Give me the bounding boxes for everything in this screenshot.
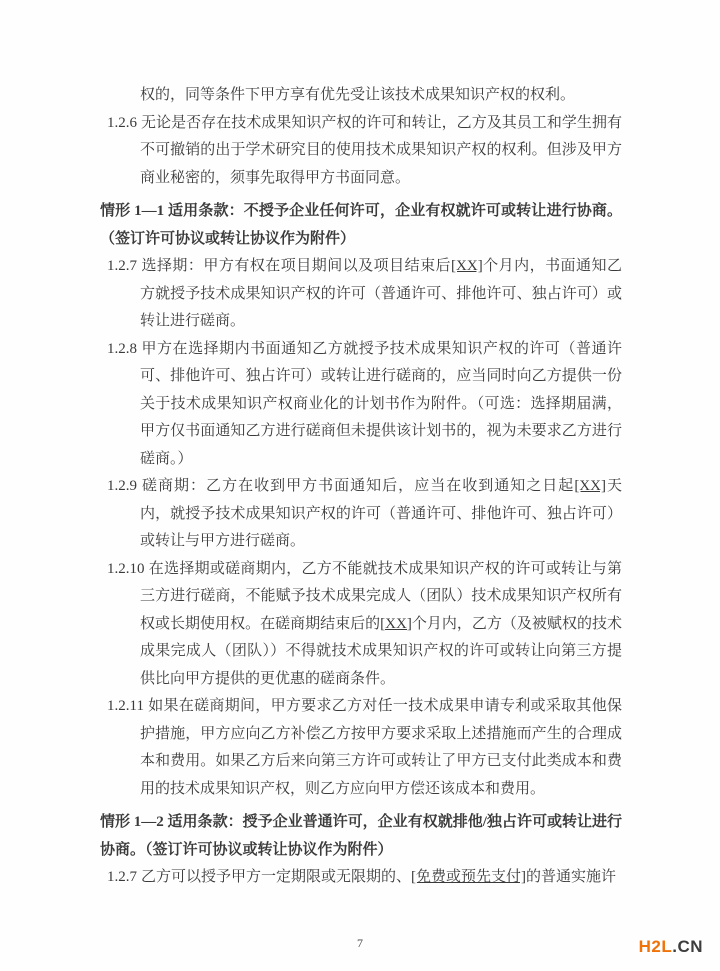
- clause-text: 情形 1—2 适用条款：授予企业普通许可，企业有权就排他/独占许可或转让进行协商…: [100, 814, 622, 858]
- clause-paragraph: 1.2.9磋商期：乙方在收到甲方书面通知后，应当在收到通知之日起[XX]天内，就…: [100, 473, 622, 556]
- clause-paragraph: 1.2.7选择期：甲方有权在项目期间以及项目结束后[XX]个月内，书面通知乙方就…: [100, 253, 622, 336]
- clause-number: 1.2.7: [107, 864, 137, 892]
- clause-number: 1.2.7: [107, 253, 137, 281]
- document-page: 权的，同等条件下甲方享有优先受让该技术成果知识产权的权利。1.2.6无论是否存在…: [0, 0, 720, 971]
- clause-number: 1.2.6: [107, 110, 137, 138]
- fill-in-blank: [XX]: [380, 616, 412, 632]
- document-body: 权的，同等条件下甲方享有优先受让该技术成果知识产权的权利。1.2.6无论是否存在…: [100, 82, 622, 892]
- clause-paragraph: 1.2.10在选择期或磋商期内，乙方不能就技术成果知识产权的许可或转让与第三方进…: [100, 556, 622, 694]
- clause-text: 甲方在选择期内书面通知乙方就授予技术成果知识产权的许可（普通许可、排他许可、独占…: [140, 341, 622, 467]
- clause-text: 选择期：甲方有权在项目期间以及项目结束后: [141, 258, 451, 274]
- clause-text: 情形 1—1 适用条款：不授予企业任何许可，企业有权就许可或转让进行协商。（签订…: [100, 203, 622, 247]
- clause-number: 1.2.10: [107, 556, 145, 584]
- clause-text: 乙方可以授予甲方一定期限或无限期的、: [141, 869, 411, 885]
- clause-paragraph: 1.2.8甲方在选择期内书面通知乙方就授予技术成果知识产权的许可（普通许可、排他…: [100, 336, 622, 474]
- clause-paragraph: 1.2.11如果在磋商期间，甲方要求乙方对任一技术成果申请专利或采取其他保护措施…: [100, 693, 622, 803]
- logo-secondary-text: .CN: [672, 937, 703, 956]
- section-heading: 情形 1—1 适用条款：不授予企业任何许可，企业有权就许可或转让进行协商。（签订…: [100, 198, 622, 253]
- logo-primary-text: H2L: [639, 937, 673, 956]
- clause-number: 1.2.11: [107, 693, 144, 721]
- clause-text: 权的，同等条件下甲方享有优先受让该技术成果知识产权的权利。: [140, 87, 575, 103]
- watermark-logo: H2L.CN: [639, 938, 703, 955]
- fill-in-blank: [XX]: [574, 478, 606, 494]
- clause-text: 无论是否存在技术成果知识产权的许可和转让，乙方及其员工和学生拥有不可撤销的出于学…: [140, 115, 622, 186]
- clause-number: 1.2.8: [107, 336, 137, 364]
- clause-text: 的普通实施许: [526, 869, 616, 885]
- clause-number: 1.2.9: [107, 473, 137, 501]
- section-heading: 情形 1—2 适用条款：授予企业普通许可，企业有权就排他/独占许可或转让进行协商…: [100, 809, 622, 864]
- page-number: 7: [0, 936, 720, 951]
- fill-in-blank: [XX]: [451, 258, 483, 274]
- clause-text: 如果在磋商期间，甲方要求乙方对任一技术成果申请专利或采取其他保护措施，甲方应向乙…: [140, 698, 622, 797]
- continuation-paragraph: 权的，同等条件下甲方享有优先受让该技术成果知识产权的权利。: [100, 82, 622, 110]
- fill-in-blank: [免费或预先支付]: [411, 869, 526, 885]
- clause-paragraph: 1.2.6无论是否存在技术成果知识产权的许可和转让，乙方及其员工和学生拥有不可撤…: [100, 110, 622, 193]
- clause-paragraph: 1.2.7乙方可以授予甲方一定期限或无限期的、[免费或预先支付]的普通实施许: [100, 864, 622, 892]
- clause-text: 磋商期：乙方在收到甲方书面通知后，应当在收到通知之日起: [141, 478, 574, 494]
